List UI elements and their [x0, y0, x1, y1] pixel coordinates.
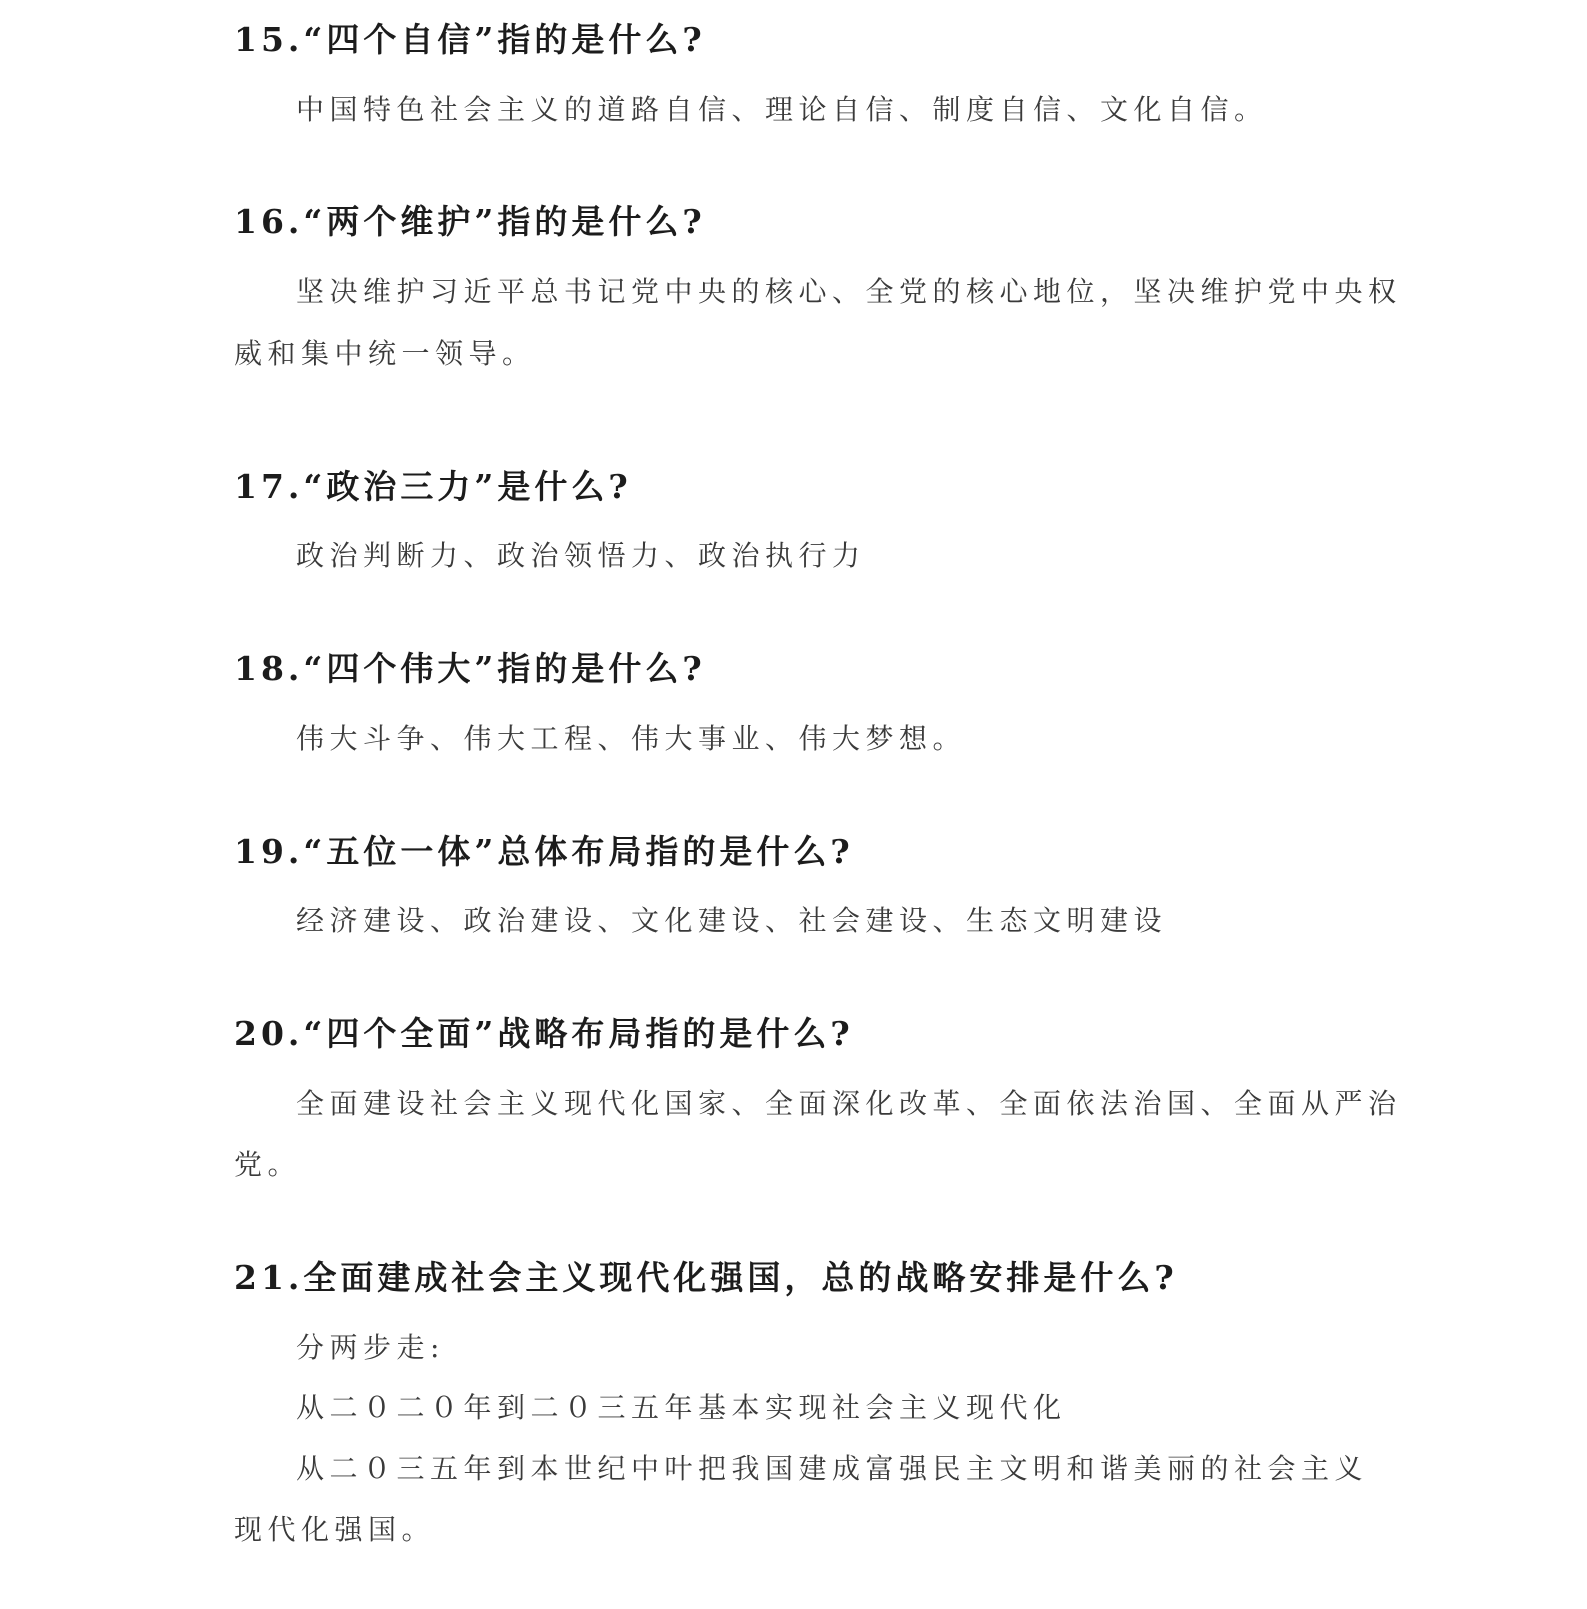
question-title: 18.“四个伟大”指的是什么? — [234, 649, 706, 689]
answer-line: 威和集中统一领导。 — [234, 336, 536, 372]
question-title: 19.“五位一体”总体布局指的是什么? — [234, 832, 854, 872]
answer-line: 现代化强国。 — [234, 1512, 435, 1548]
answer-line: 中国特色社会主义的道路自信、理论自信、制度自信、文化自信。 — [296, 92, 1268, 128]
question-title: 20.“四个全面”战略布局指的是什么? — [234, 1014, 854, 1054]
question-title: 15.“四个自信”指的是什么? — [234, 20, 706, 60]
answer-line: 从二０二０年到二０三五年基本实现社会主义现代化 — [296, 1390, 1067, 1426]
answer-line: 经济建设、政治建设、文化建设、社会建设、生态文明建设 — [296, 903, 1167, 939]
answer-line: 坚决维护习近平总书记党中央的核心、全党的核心地位，坚决维护党中央权 — [296, 274, 1402, 310]
answer-line: 党。 — [234, 1147, 301, 1183]
answer-line: 全面建设社会主义现代化国家、全面深化改革、全面依法治国、全面从严治 — [296, 1086, 1402, 1122]
question-title: 21.全面建成社会主义现代化强国，总的战略安排是什么? — [234, 1258, 1178, 1298]
question-title: 17.“政治三力”是什么? — [234, 467, 632, 507]
answer-line: 伟大斗争、伟大工程、伟大事业、伟大梦想。 — [296, 721, 966, 757]
answer-line: 政治判断力、政治领悟力、政治执行力 — [296, 538, 866, 574]
question-title: 16.“两个维护”指的是什么? — [234, 202, 706, 242]
answer-line: 从二０三五年到本世纪中叶把我国建成富强民主文明和谐美丽的社会主义 — [296, 1451, 1368, 1487]
answer-line: 分两步走: — [296, 1330, 445, 1366]
